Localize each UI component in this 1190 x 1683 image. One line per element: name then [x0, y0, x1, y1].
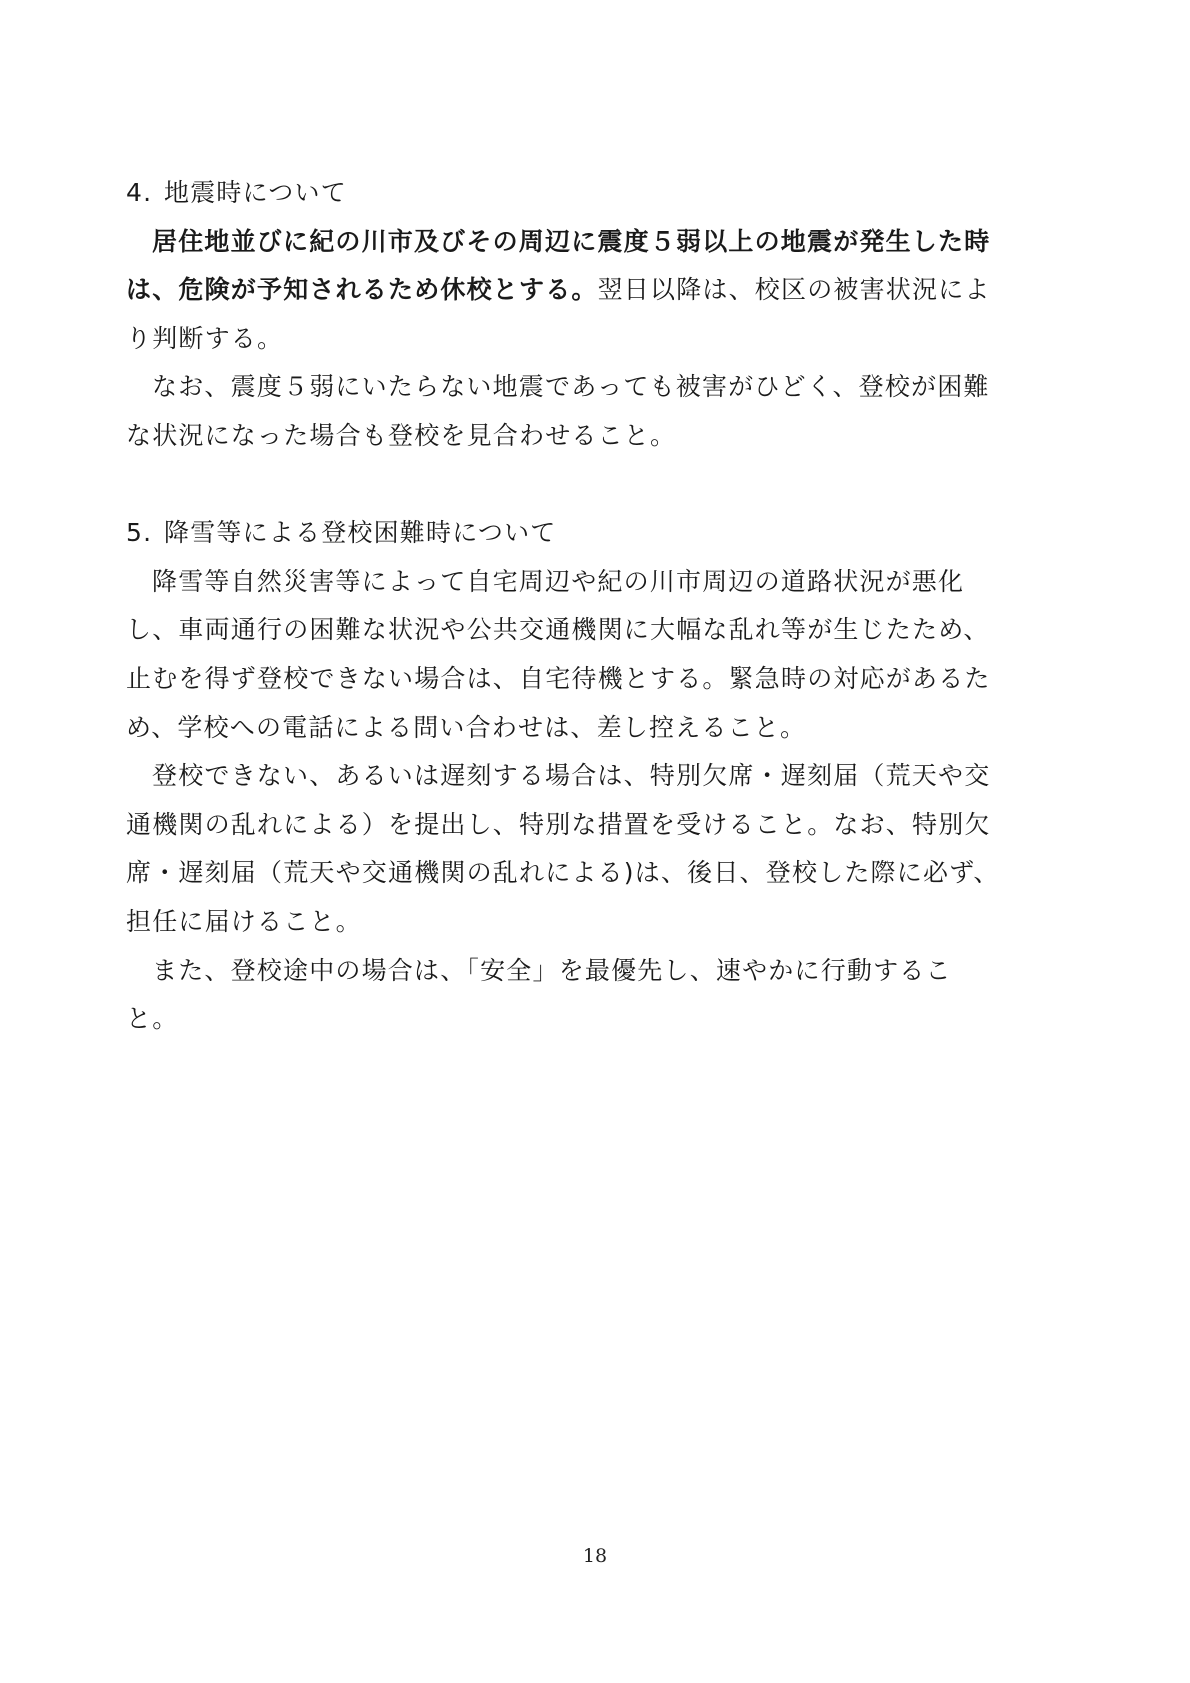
- section-number: 5.: [126, 509, 164, 558]
- paragraph-line: 登校できない、あるいは遅刻する場合は、特別欠席・遅刻届（荒天や交: [126, 752, 1066, 801]
- paragraph-line: 通機関の乱れによる）を提出し、特別な措置を受けること。なお、特別欠: [126, 801, 1066, 850]
- section-heading-earthquake: 4.地震時について: [126, 169, 1066, 218]
- section-spacer: [126, 461, 1066, 510]
- page-number: 18: [0, 1545, 1190, 1567]
- body-text: し、車両通行の困難な状況や公共交通機関に大幅な乱れ等が生じたため、: [126, 615, 990, 644]
- paragraph-line: な状況になった場合も登校を見合わせること。: [126, 412, 1066, 461]
- paragraph-line: と。: [126, 995, 1066, 1044]
- paragraph-line: 居住地並びに紀の川市及びその周辺に震度５弱以上の地震が発生した時: [126, 218, 1066, 267]
- paragraph-line: め、学校への電話による問い合わせは、差し控えること。: [126, 704, 1066, 753]
- paragraph-line: なお、震度５弱にいたらない地震であっても被害がひどく、登校が困難: [126, 363, 1066, 412]
- body-text: 担任に届けること。: [126, 907, 362, 936]
- body-text: 止むを得ず登校できない場合は、自宅待機とする。緊急時の対応があるた: [126, 664, 991, 693]
- section-heading-snow: 5.降雪等による登校困難時について: [126, 509, 1066, 558]
- emphasized-text: は、危険が予知されるため休校とする。: [126, 275, 598, 304]
- paragraph-line: り判断する。: [126, 315, 1066, 364]
- paragraph-line: は、危険が予知されるため休校とする。翌日以降は、校区の被害状況によ: [126, 266, 1066, 315]
- body-text: なお、震度５弱にいたらない地震であっても被害がひどく、登校が困難: [152, 372, 990, 401]
- paragraph-line: 降雪等自然災害等によって自宅周辺や紀の川市周辺の道路状況が悪化: [126, 558, 1066, 607]
- section-title: 降雪等による登校困難時について: [164, 518, 557, 547]
- body-text: め、学校への電話による問い合わせは、差し控えること。: [126, 713, 806, 742]
- body-text: り判断する。: [126, 324, 283, 353]
- body-text: 登校できない、あるいは遅刻する場合は、特別欠席・遅刻届（荒天や交: [152, 761, 990, 790]
- paragraph-line: 止むを得ず登校できない場合は、自宅待機とする。緊急時の対応があるた: [126, 655, 1066, 704]
- body-text: な状況になった場合も登校を見合わせること。: [126, 421, 676, 450]
- body-text: 席・遅刻届（荒天や交通機関の乱れによる)は、後日、登校した際に必ず、: [126, 858, 1000, 887]
- body-text: また、登校途中の場合は、「安全」を最優先し、速やかに行動するこ: [152, 956, 952, 985]
- section-title: 地震時について: [164, 178, 347, 207]
- paragraph-line: また、登校途中の場合は、「安全」を最優先し、速やかに行動するこ: [126, 947, 1066, 996]
- section-number: 4.: [126, 169, 164, 218]
- body-text: 翌日以降は、校区の被害状況によ: [598, 275, 991, 304]
- paragraph-line: 担任に届けること。: [126, 898, 1066, 947]
- body-text: と。: [126, 1004, 178, 1033]
- body-text: 降雪等自然災害等によって自宅周辺や紀の川市周辺の道路状況が悪化: [152, 567, 964, 596]
- document-body: 4.地震時について 居住地並びに紀の川市及びその周辺に震度５弱以上の地震が発生し…: [126, 169, 1066, 1044]
- emphasized-text: 居住地並びに紀の川市及びその周辺に震度５弱以上の地震が発生した時: [152, 227, 990, 256]
- body-text: 通機関の乱れによる）を提出し、特別な措置を受けること。なお、特別欠: [126, 810, 991, 839]
- paragraph-line: 席・遅刻届（荒天や交通機関の乱れによる)は、後日、登校した際に必ず、: [126, 849, 1066, 898]
- paragraph-line: し、車両通行の困難な状況や公共交通機関に大幅な乱れ等が生じたため、: [126, 606, 1066, 655]
